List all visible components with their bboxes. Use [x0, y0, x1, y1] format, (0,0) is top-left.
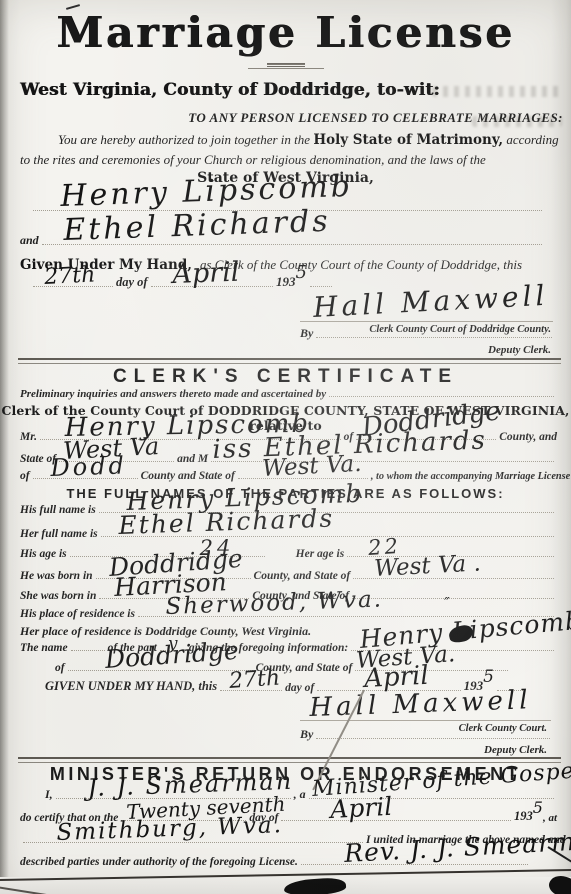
- bride-name-line: and Ethel Richards: [20, 218, 545, 248]
- his-residence-label: His place of residence is: [20, 608, 135, 620]
- bride-county-entry: Dodd: [50, 451, 127, 482]
- the-name-label: The name: [20, 642, 68, 654]
- her-age-label: Her age is: [296, 548, 345, 560]
- bleed-through-smudge: [472, 116, 562, 127]
- preliminary-label: Preliminary inquiries and answers theret…: [20, 388, 326, 400]
- his-age-label: His age is: [20, 548, 67, 560]
- and-label: and: [20, 233, 39, 248]
- her-residence-text: Her place of residence is Doddridge Coun…: [20, 624, 311, 639]
- clerk-signature-block: Hall Maxwell: [300, 288, 553, 322]
- authorization-pre: You are hereby authorized to join togeth…: [58, 132, 310, 147]
- jurisdiction-line: West Virginia, County of Doddridge, to-w…: [20, 80, 440, 100]
- title-ornament: [248, 62, 324, 69]
- minister-name-line: I, J. J. Smearman , a Minister of the Go…: [45, 780, 557, 802]
- dotted-blank: [71, 650, 105, 651]
- authorization-emphasis: Holy State of Matrimony,: [313, 132, 503, 148]
- she-born-label: She was born in: [20, 590, 96, 602]
- dotted-blank: [316, 738, 550, 739]
- deputy-clerk-2-text: Deputy Clerk.: [484, 744, 547, 756]
- deputy-clerk-text: Deputy Clerk.: [488, 344, 551, 356]
- of-label: of: [55, 662, 65, 674]
- dotted-blank: Ethel Richards: [42, 244, 542, 245]
- her-full-name-entry: Ethel Richards: [118, 503, 335, 540]
- section-divider-rule: [18, 358, 561, 364]
- dotted-blank: 27th: [33, 286, 113, 287]
- at-label: , at: [543, 812, 557, 824]
- dotted-blank: [329, 396, 554, 397]
- dotted-blank: Ethel Richards: [101, 536, 554, 537]
- issued-label: , to whom the accompanying Marriage Lice…: [371, 471, 571, 482]
- certify-year-digit: 5: [533, 798, 543, 817]
- her-residence-line: Her place of residence is Doddridge Coun…: [20, 624, 311, 639]
- deputy-clerk-line: Deputy Clerk.: [488, 344, 551, 356]
- described-line: described parties under authority of the…: [20, 852, 531, 868]
- informant-line: The name of the part y giving the forego…: [20, 638, 557, 654]
- given-under-label: GIVEN UNDER MY HAND, this: [45, 679, 217, 694]
- certify-month-entry: April: [330, 792, 393, 824]
- marriage-license-document: Marriage License West Virginia, County o…: [0, 0, 571, 894]
- he-born-state-entry: West Va .: [374, 550, 482, 582]
- license-day-handwritten: 27th: [44, 262, 96, 290]
- a-label: , a: [294, 787, 306, 802]
- dotted-blank: 27th: [220, 690, 282, 691]
- by-label: By: [300, 727, 313, 742]
- license-date-line: 27th day of April 193 5: [30, 262, 335, 290]
- jurisdiction-text: West Virginia, County of Doddridge, to-w…: [20, 80, 440, 100]
- mr-label: Mr.: [20, 431, 37, 443]
- her-full-name-line: Her full name is Ethel Richards: [20, 522, 557, 540]
- dotted-blank: West Va .: [353, 578, 554, 579]
- of-county-state-line: of Dodd County and State of West Va. , t…: [20, 464, 557, 482]
- her-full-name-label: Her full name is: [20, 528, 98, 540]
- informant-county-line: of Doddridge County, and State of West V…: [55, 658, 511, 674]
- title-ornament-bar: [267, 63, 305, 67]
- i-label: I,: [45, 787, 53, 802]
- dotted-blank: [316, 337, 552, 338]
- dotted-blank: April: [281, 820, 511, 821]
- year-printed: 193: [276, 274, 296, 290]
- county-state-label: County, and State of: [254, 570, 351, 582]
- county-and-label: County, and: [499, 431, 557, 443]
- bleed-through-smudge: [432, 86, 564, 97]
- dotted-blank: Smithburg, Wva.: [23, 842, 363, 843]
- by-label: By: [300, 326, 313, 341]
- described-label: described parties under authority of the…: [20, 856, 298, 868]
- license-year-digit-handwritten: 5: [296, 262, 307, 283]
- dotted-blank: Rev. J. J. Smearman: [301, 864, 528, 865]
- section-divider-rule-2: [18, 757, 561, 763]
- scan-artifact-blob: [547, 872, 571, 894]
- he-born-label: He was born in: [20, 570, 93, 582]
- license-month-handwritten: April: [172, 257, 240, 290]
- bride-state-entry: West Va.: [261, 451, 361, 482]
- he-born-line: He was born in Doddridge County, and Sta…: [20, 566, 557, 582]
- clerk-signature-block-2: Hall Maxwell: [300, 690, 551, 721]
- authorization-paragraph: You are hereby authorized to join togeth…: [20, 130, 559, 171]
- of-label: of: [20, 470, 30, 482]
- clerk-day-entry: 27th: [228, 666, 281, 694]
- dotted-blank: Dodd: [33, 478, 138, 479]
- clerks-certificate-heading: CLERK'S CERTIFICATE: [0, 366, 571, 388]
- his-full-name-label: His full name is: [20, 504, 96, 516]
- page-title: Marriage License: [0, 8, 571, 57]
- county-and-state-label: County and State of: [141, 470, 235, 482]
- clerk-signature-2-handwritten: Hall Maxwell: [309, 685, 532, 723]
- clerk-signature-handwritten: Hall Maxwell: [312, 279, 549, 324]
- day-of-label: day of: [116, 275, 148, 290]
- deputy-clerk-line-2: Deputy Clerk.: [484, 744, 547, 756]
- dotted-blank: Doddridge: [68, 670, 253, 671]
- dotted-blank: [310, 286, 332, 287]
- year-printed: 193: [514, 809, 533, 824]
- clerk-year-digit: 5: [483, 667, 494, 687]
- by-line: By: [300, 328, 555, 341]
- dotted-blank: April: [151, 286, 273, 287]
